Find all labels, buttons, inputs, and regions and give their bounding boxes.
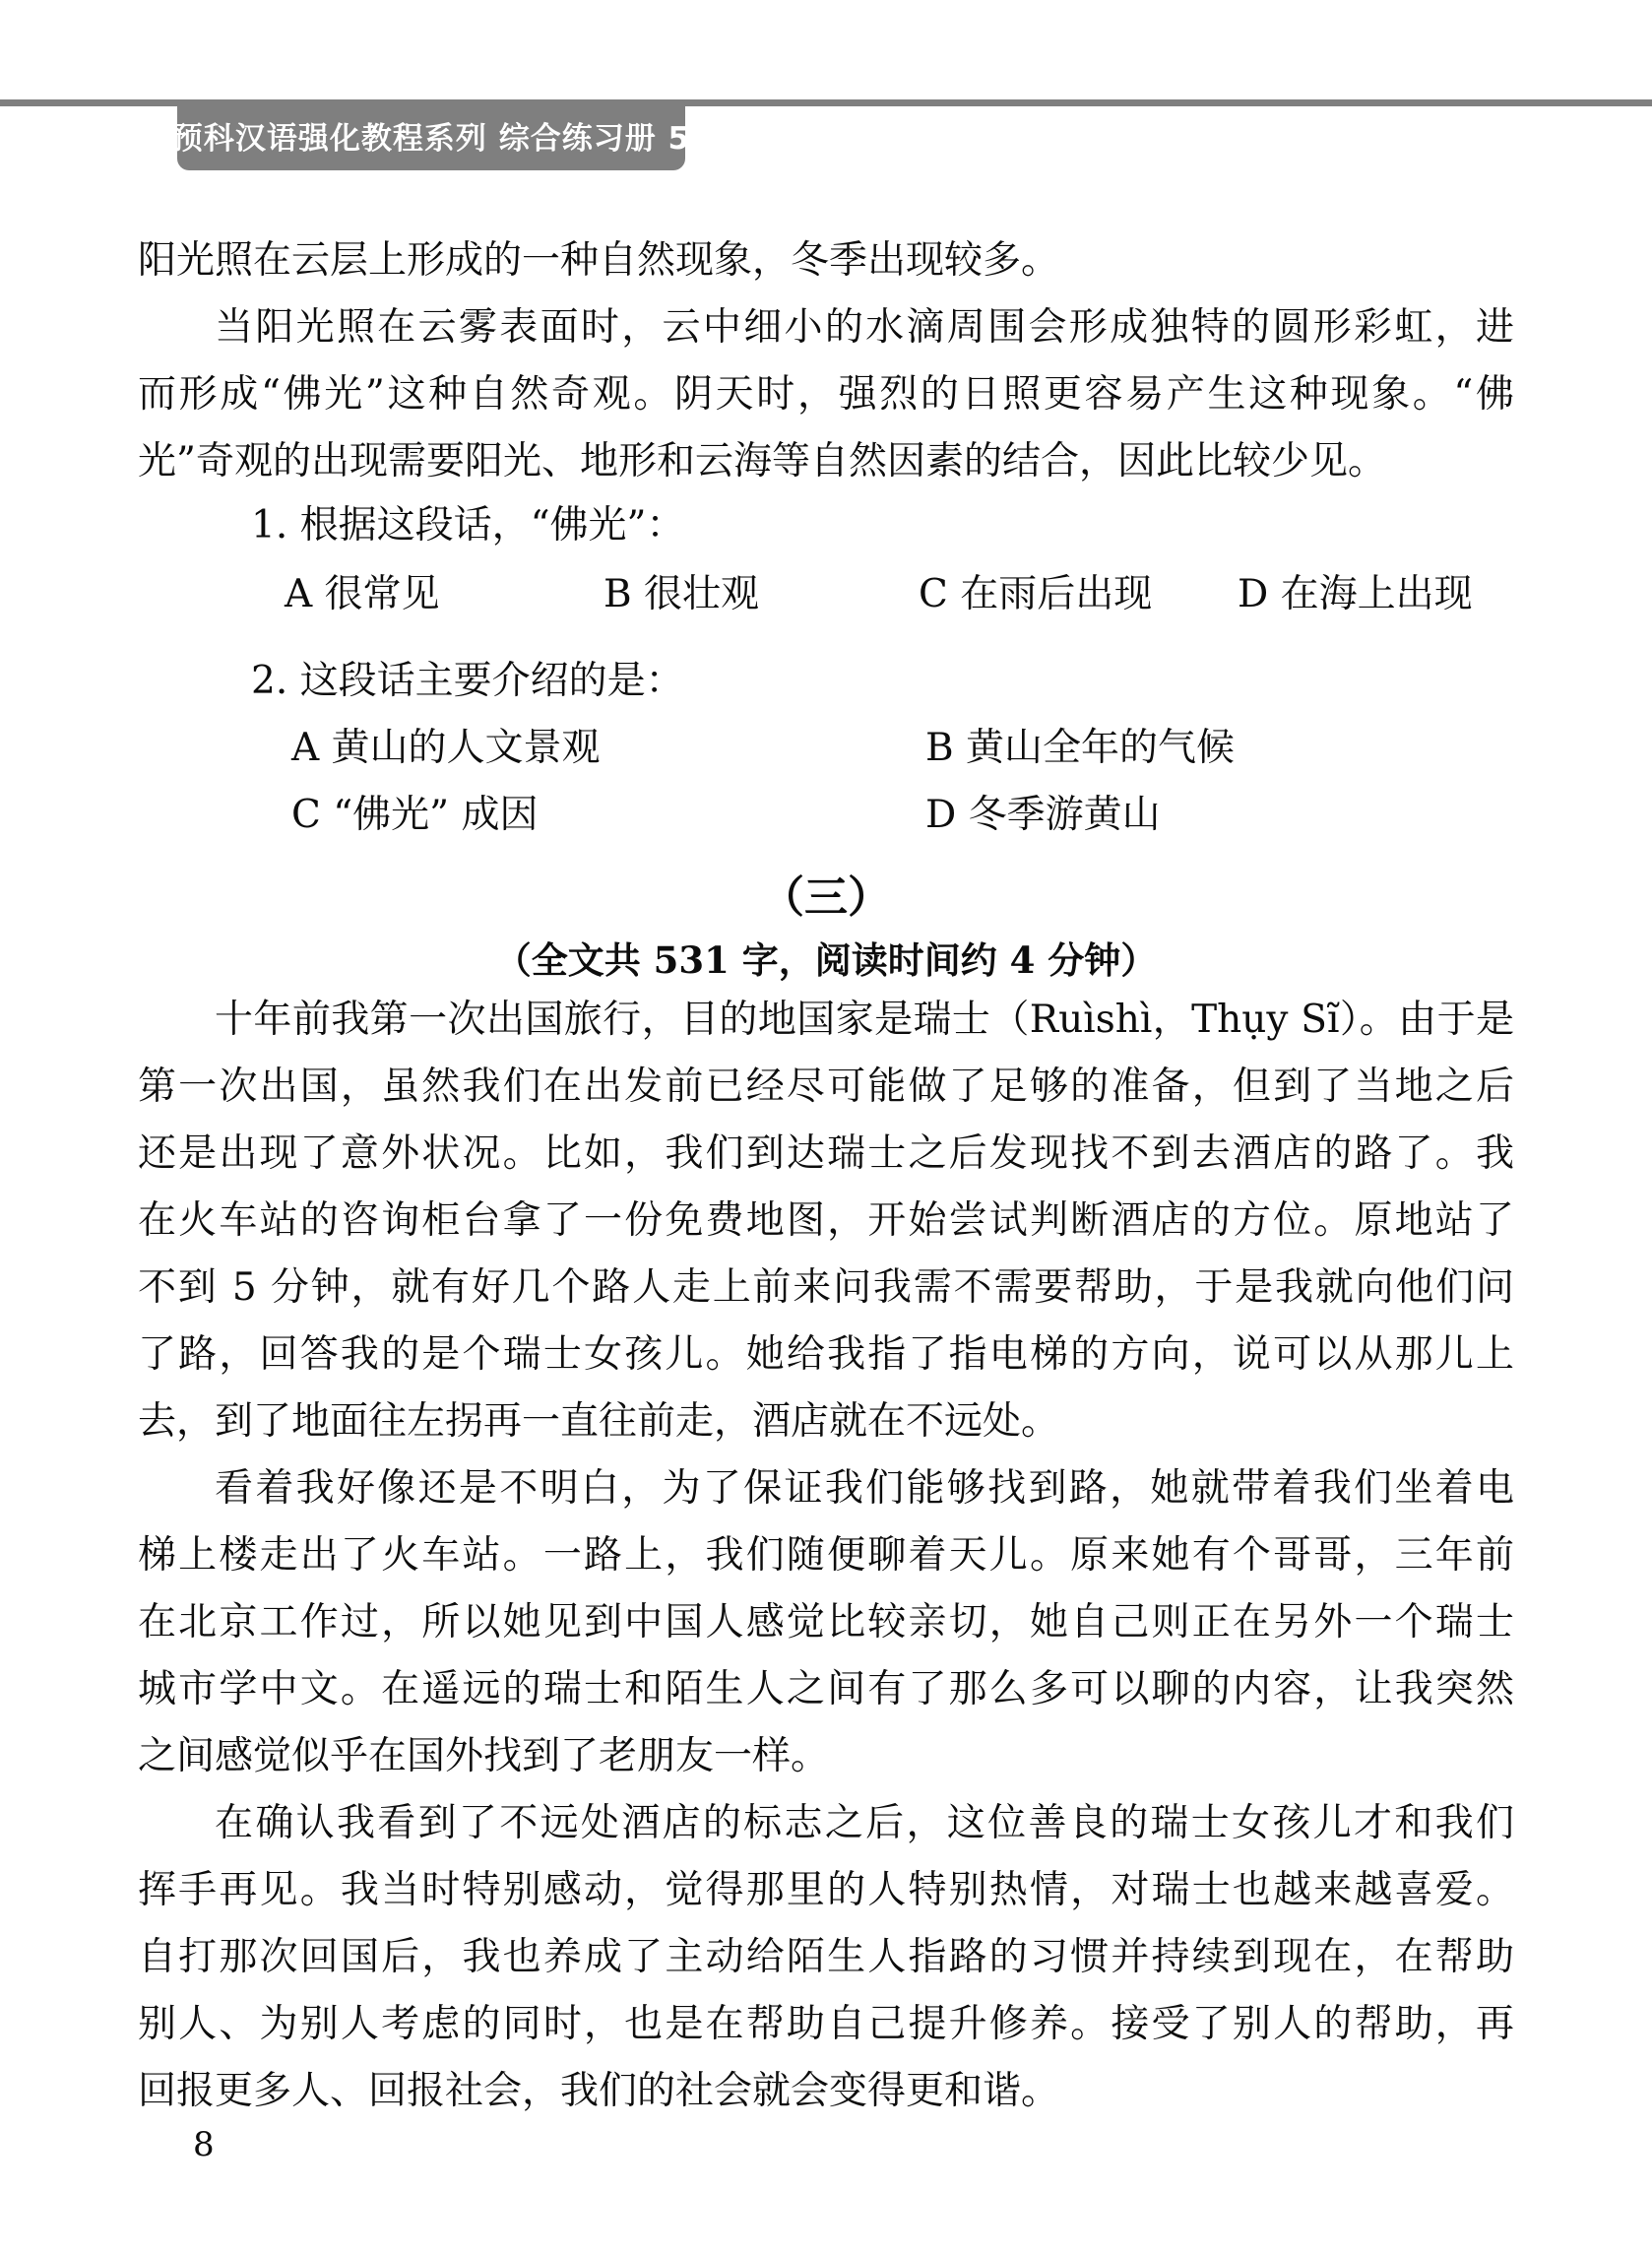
text-line: 第一次出国，虽然我们在出发前已经尽可能做了足够的准备，但到了当地之后 bbox=[138, 1054, 1514, 1121]
reading-section-heading: （三） bbox=[138, 865, 1514, 932]
text-line: 看着我好像还是不明白，为了保证我们能够找到路，她就带着我们坐着电 bbox=[138, 1455, 1514, 1522]
book-series-title: 预科汉语强化教程系列 综合练习册 5 bbox=[172, 113, 690, 158]
text-line: 在北京工作过，所以她见到中国人感觉比较亲切，她自己则正在另外一个瑞士 bbox=[138, 1589, 1514, 1656]
question-2-options-row-1: A 黄山的人文景观 B 黄山全年的气候 bbox=[138, 715, 1514, 782]
text-line: 在确认我看到了不远处酒店的标志之后，这位善良的瑞士女孩儿才和我们 bbox=[138, 1790, 1514, 1857]
text-line: 自打那次回国后，我也养成了主动给陌生人指路的习惯并持续到现在，在帮助 bbox=[138, 1924, 1514, 1991]
question-1-options: A 很常见 B 很壮观 C 在雨后出现 D 在海上出现 bbox=[138, 561, 1514, 628]
text-line: 十年前我第一次出国旅行，目的地国家是瑞士（Ruìshì，Thụy Sĩ）。由于是 bbox=[138, 987, 1514, 1054]
question-1-option-c: C 在雨后出现 bbox=[919, 561, 1152, 628]
text-line: 当阳光照在云雾表面时，云中细小的水滴周围会形成独特的圆形彩虹，进 bbox=[138, 294, 1514, 361]
scanned-textbook-page: 预科汉语强化教程系列 综合练习册 5 阳光照在云层上形成的一种自然现象，冬季出现… bbox=[0, 0, 1652, 2257]
passage-paragraph-3: 在确认我看到了不远处酒店的标志之后，这位善良的瑞士女孩儿才和我们 挥手再见。我当… bbox=[138, 1790, 1514, 2125]
text-line: 不到 5 分钟，就有好几个路人走上前来问我需不需要帮助，于是我就向他们问 bbox=[138, 1255, 1514, 1322]
question-2-option-a: A 黄山的人文景观 bbox=[291, 715, 601, 782]
text-line: 了路，回答我的是个瑞士女孩儿。她给我指了指电梯的方向，说可以从那儿上 bbox=[138, 1322, 1514, 1388]
reading-section-meta: （全文共 531 字，阅读时间约 4 分钟） bbox=[138, 927, 1514, 994]
question-1-label: 1. 根据这段话，“佛光”： bbox=[251, 492, 684, 559]
text-line: 而形成“佛光”这种自然奇观。阴天时，强烈的日照更容易产生这种现象。“佛 bbox=[138, 361, 1514, 428]
text-line: 别人、为别人考虑的同时，也是在帮助自己提升修养。接受了别人的帮助，再 bbox=[138, 1991, 1514, 2058]
page-number: 8 bbox=[193, 2123, 215, 2166]
text-line: 还是出现了意外状况。比如，我们到达瑞士之后发现找不到去酒店的路了。我 bbox=[138, 1121, 1514, 1188]
text-line: 光”奇观的出现需要阳光、地形和云海等自然因素的结合，因此比较少见。 bbox=[138, 428, 1514, 495]
question-2-option-d: D 冬季游黄山 bbox=[925, 782, 1161, 849]
text-line: 之间感觉似乎在国外找到了老朋友一样。 bbox=[138, 1723, 1514, 1790]
question-2-option-b: B 黄山全年的气候 bbox=[925, 715, 1235, 782]
question-1-option-b: B 很壮观 bbox=[604, 561, 759, 628]
passage-paragraph-1: 十年前我第一次出国旅行，目的地国家是瑞士（Ruìshì，Thụy Sĩ）。由于是… bbox=[138, 987, 1514, 1455]
question-2-label: 2. 这段话主要介绍的是： bbox=[251, 648, 684, 715]
text-line: 梯上楼走出了火车站。一路上，我们随便聊着天儿。原来她有个哥哥，三年前 bbox=[138, 1522, 1514, 1589]
question-1-option-d: D 在海上出现 bbox=[1238, 561, 1473, 628]
question-2-options-row-2: C “佛光” 成因 D 冬季游黄山 bbox=[138, 782, 1514, 849]
question-2-option-c: C “佛光” 成因 bbox=[291, 782, 539, 849]
text-line: 阳光照在云层上形成的一种自然现象，冬季出现较多。 bbox=[138, 227, 1514, 294]
intro-passage: 阳光照在云层上形成的一种自然现象，冬季出现较多。 当阳光照在云雾表面时，云中细小… bbox=[138, 227, 1514, 495]
text-line: 回报更多人、回报社会，我们的社会就会变得更和谐。 bbox=[138, 2058, 1514, 2125]
book-series-tab: 预科汉语强化教程系列 综合练习册 5 bbox=[177, 99, 685, 170]
text-line: 去，到了地面往左拐再一直往前走，酒店就在不远处。 bbox=[138, 1388, 1514, 1455]
text-line: 城市学中文。在遥远的瑞士和陌生人之间有了那么多可以聊的内容，让我突然 bbox=[138, 1656, 1514, 1723]
text-line: 挥手再见。我当时特别感动，觉得那里的人特别热情，对瑞士也越来越喜爱。 bbox=[138, 1857, 1514, 1924]
text-line: 在火车站的咨询柜台拿了一份免费地图，开始尝试判断酒店的方位。原地站了 bbox=[138, 1188, 1514, 1255]
passage-paragraph-2: 看着我好像还是不明白，为了保证我们能够找到路，她就带着我们坐着电 梯上楼走出了火… bbox=[138, 1455, 1514, 1790]
question-1-option-a: A 很常见 bbox=[285, 561, 440, 628]
